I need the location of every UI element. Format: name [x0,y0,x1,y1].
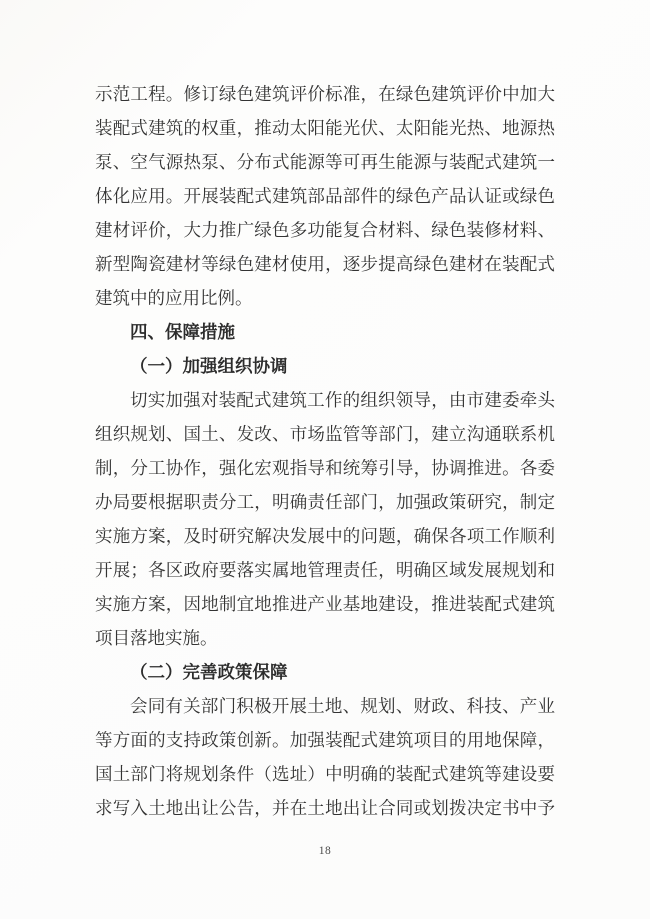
body-line-paragraph-end: 项目落地实施。 [95,621,555,655]
body-line: 体化应用。开展装配式建筑部品部件的绿色产品认证或绿色 [95,179,555,213]
body-line: 新型陶瓷建材等绿色建材使用，逐步提高绿色建材在装配式 [95,247,555,281]
subsection-heading-2: （二）完善政策保障 [95,655,555,689]
subsection-heading-1: （一）加强组织协调 [95,349,555,383]
body-line: 办局要根据职责分工，明确责任部门，加强政策研究，制定 [95,485,555,519]
body-line: 装配式建筑的权重，推动太阳能光伏、太阳能光热、地源热 [95,111,555,145]
body-line: 建材评价，大力推广绿色多功能复合材料、绿色装修材料、 [95,213,555,247]
body-line: 示范工程。修订绿色建筑评价标准，在绿色建筑评价中加大 [95,77,555,111]
section-heading-4: 四、保障措施 [95,315,555,349]
document-body: 示范工程。修订绿色建筑评价标准，在绿色建筑评价中加大 装配式建筑的权重，推动太阳… [95,77,555,825]
body-line: 组织规划、国土、发改、市场监管等部门，建立沟通联系机 [95,417,555,451]
body-line: 泵、空气源热泵、分布式能源等可再生能源与装配式建筑一 [95,145,555,179]
body-line: 实施方案，因地制宜地推进产业基地建设，推进装配式建筑 [95,587,555,621]
body-line-paragraph-start: 切实加强对装配式建筑工作的组织领导，由市建委牵头 [95,383,555,417]
body-line: 开展；各区政府要落实属地管理责任，明确区域发展规划和 [95,553,555,587]
body-line: 求写入土地出让公告，并在土地出让合同或划拨决定书中予 [95,791,555,825]
body-line-paragraph-start: 会同有关部门积极开展土地、规划、财政、科技、产业 [95,689,555,723]
document-page: 示范工程。修订绿色建筑评价标准，在绿色建筑评价中加大 装配式建筑的权重，推动太阳… [0,0,650,919]
body-line-paragraph-end: 建筑中的应用比例。 [95,281,555,315]
body-line: 国土部门将规划条件（选址）中明确的装配式建筑等建设要 [95,757,555,791]
body-line: 等方面的支持政策创新。加强装配式建筑项目的用地保障， [95,723,555,757]
body-line: 制，分工协作，强化宏观指导和统筹引导，协调推进。各委 [95,451,555,485]
body-line: 实施方案，及时研究解决发展中的问题，确保各项工作顺利 [95,519,555,553]
page-number: 18 [0,845,650,857]
